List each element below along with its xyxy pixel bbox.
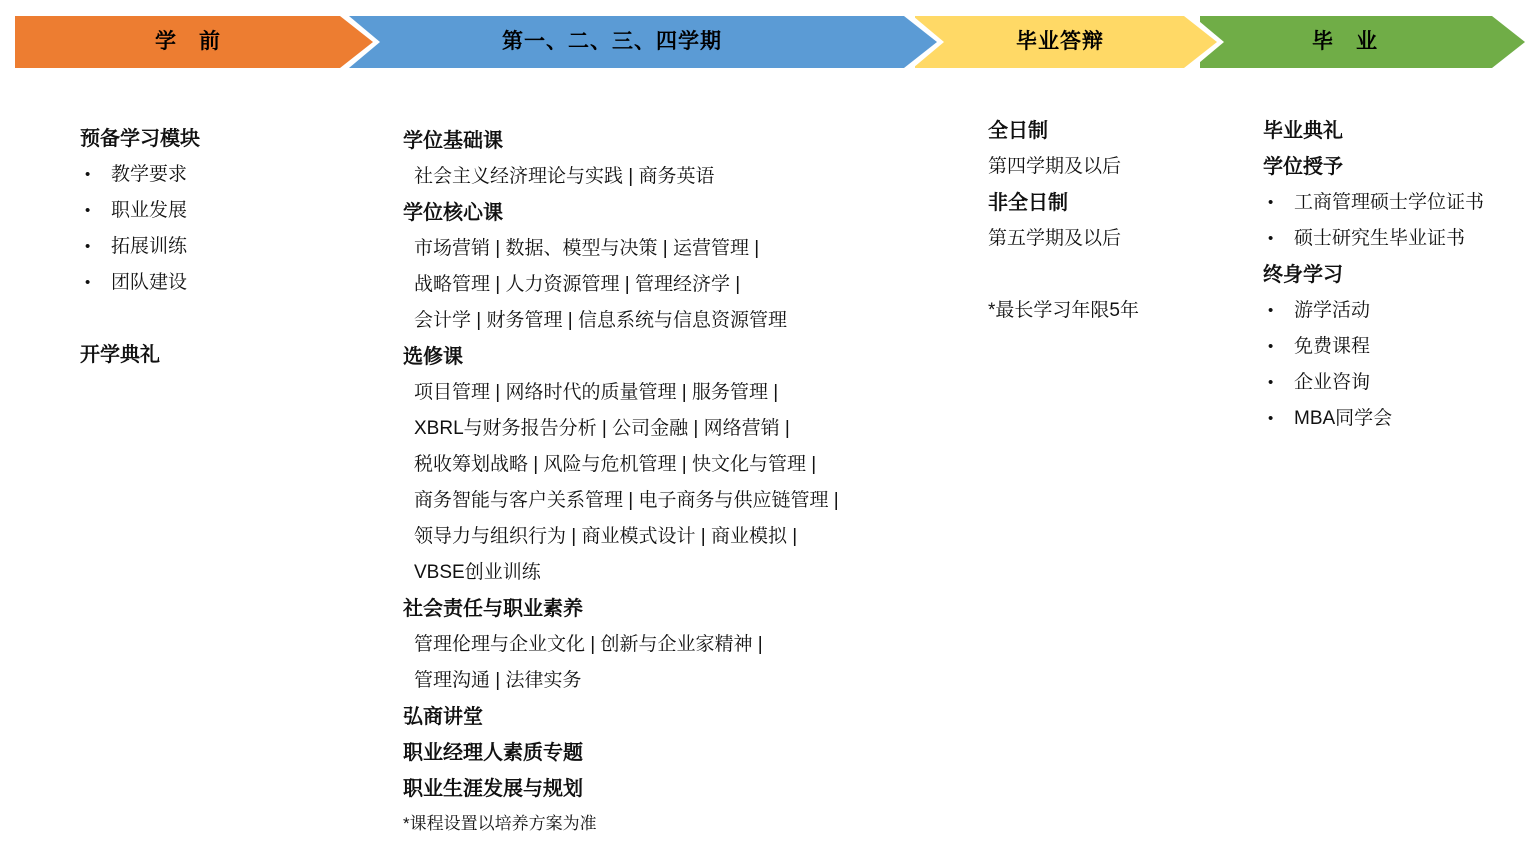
text-line: •学位授予 <box>1263 149 1534 185</box>
bullet-icon: • <box>1268 221 1294 257</box>
text-line: •教学要求 <box>80 157 380 193</box>
line-text: *最长学习年限5年 <box>988 300 1139 321</box>
text-line: •会计学 | 财务管理 | 信息系统与信息资源管理 <box>403 303 1003 339</box>
text-line: •学位基础课 <box>403 123 1003 159</box>
line-text: 免费课程 <box>1294 336 1370 357</box>
column-semesters: •学位基础课 •社会主义经济理论与实践 | 商务英语 •学位核心课 •市场营销 … <box>403 123 1003 841</box>
bullet-icon: • <box>85 193 111 229</box>
mba-program-timeline-slide: 学 前 第一、二、三、四学期 毕业答辩 毕 业 •预备学习模块 •教学要求 •职… <box>0 0 1534 861</box>
line-text: 企业咨询 <box>1294 372 1370 393</box>
line-text: 学位授予 <box>1263 156 1343 178</box>
line-text: 领导力与组织行为 | 商业模式设计 | 商业模拟 | <box>414 526 797 547</box>
bullet-icon: • <box>85 157 111 193</box>
text-line: •职业经理人素质专题 <box>403 735 1003 771</box>
text-line: •非全日制 <box>988 185 1258 221</box>
line-text: 拓展训练 <box>111 236 187 257</box>
bullet-icon: • <box>1268 401 1294 437</box>
text-line: •管理沟通 | 法律实务 <box>403 663 1003 699</box>
line-text: 社会责任与职业素养 <box>403 598 583 620</box>
phase-label-graduation: 毕 业 <box>1195 16 1495 68</box>
line-text: 弘商讲堂 <box>403 706 483 728</box>
line-text: *课程设置以培养方案为准 <box>403 814 597 833</box>
phase-label-semesters: 第一、二、三、四学期 <box>412 16 812 68</box>
text-line: •毕业典礼 <box>1263 113 1534 149</box>
text-line: •*最长学习年限5年 <box>988 293 1258 329</box>
text-line: •开学典礼 <box>80 337 380 373</box>
line-text: 战略管理 | 人力资源管理 | 管理经济学 | <box>414 274 740 295</box>
text-line: •职业发展 <box>80 193 380 229</box>
bullet-icon: • <box>85 229 111 265</box>
line-text: 第四学期及以后 <box>988 156 1121 177</box>
line-text: 第五学期及以后 <box>988 228 1121 249</box>
text-line: • <box>80 301 380 337</box>
text-line: •选修课 <box>403 339 1003 375</box>
line-text: VBSE创业训练 <box>414 562 541 583</box>
text-line: •游学活动 <box>1263 293 1534 329</box>
text-line: •免费课程 <box>1263 329 1534 365</box>
line-text: 硕士研究生毕业证书 <box>1294 228 1465 249</box>
text-line: •市场营销 | 数据、模型与决策 | 运营管理 | <box>403 231 1003 267</box>
line-text: 项目管理 | 网络时代的质量管理 | 服务管理 | <box>414 382 778 403</box>
text-line: •战略管理 | 人力资源管理 | 管理经济学 | <box>403 267 1003 303</box>
line-text: 工商管理硕士学位证书 <box>1294 192 1484 213</box>
text-line: •MBA同学会 <box>1263 401 1534 437</box>
text-line: •职业生涯发展与规划 <box>403 771 1003 807</box>
text-line: •拓展训练 <box>80 229 380 265</box>
column-graduation: •毕业典礼 •学位授予 •工商管理硕士学位证书 •硕士研究生毕业证书 •终身学习… <box>1263 113 1534 437</box>
line-text: 社会主义经济理论与实践 | 商务英语 <box>414 166 715 187</box>
line-text: 职业发展 <box>111 200 187 221</box>
text-line: •XBRL与财务报告分析 | 公司金融 | 网络营销 | <box>403 411 1003 447</box>
line-text: 终身学习 <box>1263 264 1343 286</box>
text-line: •工商管理硕士学位证书 <box>1263 185 1534 221</box>
text-line: •管理伦理与企业文化 | 创新与企业家精神 | <box>403 627 1003 663</box>
bullet-icon: • <box>1268 365 1294 401</box>
line-text: 税收筹划战略 | 风险与危机管理 | 快文化与管理 | <box>414 454 816 475</box>
text-line: •终身学习 <box>1263 257 1534 293</box>
text-line: •学位核心课 <box>403 195 1003 231</box>
text-line: •预备学习模块 <box>80 121 380 157</box>
text-line: •*课程设置以培养方案为准 <box>403 807 1003 841</box>
line-text: 管理沟通 | 法律实务 <box>414 670 582 691</box>
text-line: •税收筹划战略 | 风险与危机管理 | 快文化与管理 | <box>403 447 1003 483</box>
bullet-icon: • <box>85 265 111 301</box>
text-line: •VBSE创业训练 <box>403 555 1003 591</box>
text-line: •全日制 <box>988 113 1258 149</box>
column-defense: •全日制 •第四学期及以后 •非全日制 •第五学期及以后 • •*最长学习年限5… <box>988 113 1258 329</box>
text-line: • <box>988 257 1258 293</box>
line-text: 非全日制 <box>988 192 1068 214</box>
line-text: 会计学 | 财务管理 | 信息系统与信息资源管理 <box>414 310 787 331</box>
text-line: •硕士研究生毕业证书 <box>1263 221 1534 257</box>
line-text: 预备学习模块 <box>80 128 200 150</box>
text-line: •第五学期及以后 <box>988 221 1258 257</box>
bullet-icon: • <box>1268 185 1294 221</box>
line-text: 职业经理人素质专题 <box>403 742 583 764</box>
line-text: 开学典礼 <box>80 344 160 366</box>
text-line: •企业咨询 <box>1263 365 1534 401</box>
line-text: 学位基础课 <box>403 130 503 152</box>
phase-label-pre-school: 学 前 <box>38 16 338 68</box>
line-text: 选修课 <box>403 346 463 368</box>
bullet-icon: • <box>1268 329 1294 365</box>
line-text: 毕业典礼 <box>1263 120 1343 142</box>
line-text: 职业生涯发展与规划 <box>403 778 583 800</box>
line-text: 商务智能与客户关系管理 | 电子商务与供应链管理 | <box>414 490 839 511</box>
line-text: 游学活动 <box>1294 300 1370 321</box>
line-text: 市场营销 | 数据、模型与决策 | 运营管理 | <box>414 238 759 259</box>
line-text: 团队建设 <box>111 272 187 293</box>
line-text: 全日制 <box>988 120 1048 142</box>
text-line: •团队建设 <box>80 265 380 301</box>
line-text: XBRL与财务报告分析 | 公司金融 | 网络营销 | <box>414 418 790 439</box>
phase-arrow-band: 学 前 第一、二、三、四学期 毕业答辩 毕 业 <box>0 0 1534 86</box>
text-line: •弘商讲堂 <box>403 699 1003 735</box>
column-pre-school: •预备学习模块 •教学要求 •职业发展 •拓展训练 •团队建设 • •开学典礼 <box>80 121 380 373</box>
text-line: •第四学期及以后 <box>988 149 1258 185</box>
line-text: 学位核心课 <box>403 202 503 224</box>
phase-label-defense: 毕业答辩 <box>910 16 1210 68</box>
text-line: •社会主义经济理论与实践 | 商务英语 <box>403 159 1003 195</box>
bullet-icon: • <box>1268 293 1294 329</box>
text-line: •项目管理 | 网络时代的质量管理 | 服务管理 | <box>403 375 1003 411</box>
line-text: 管理伦理与企业文化 | 创新与企业家精神 | <box>414 634 763 655</box>
line-text: MBA同学会 <box>1294 408 1392 429</box>
text-line: •商务智能与客户关系管理 | 电子商务与供应链管理 | <box>403 483 1003 519</box>
line-text: 教学要求 <box>111 164 187 185</box>
text-line: •领导力与组织行为 | 商业模式设计 | 商业模拟 | <box>403 519 1003 555</box>
text-line: •社会责任与职业素养 <box>403 591 1003 627</box>
